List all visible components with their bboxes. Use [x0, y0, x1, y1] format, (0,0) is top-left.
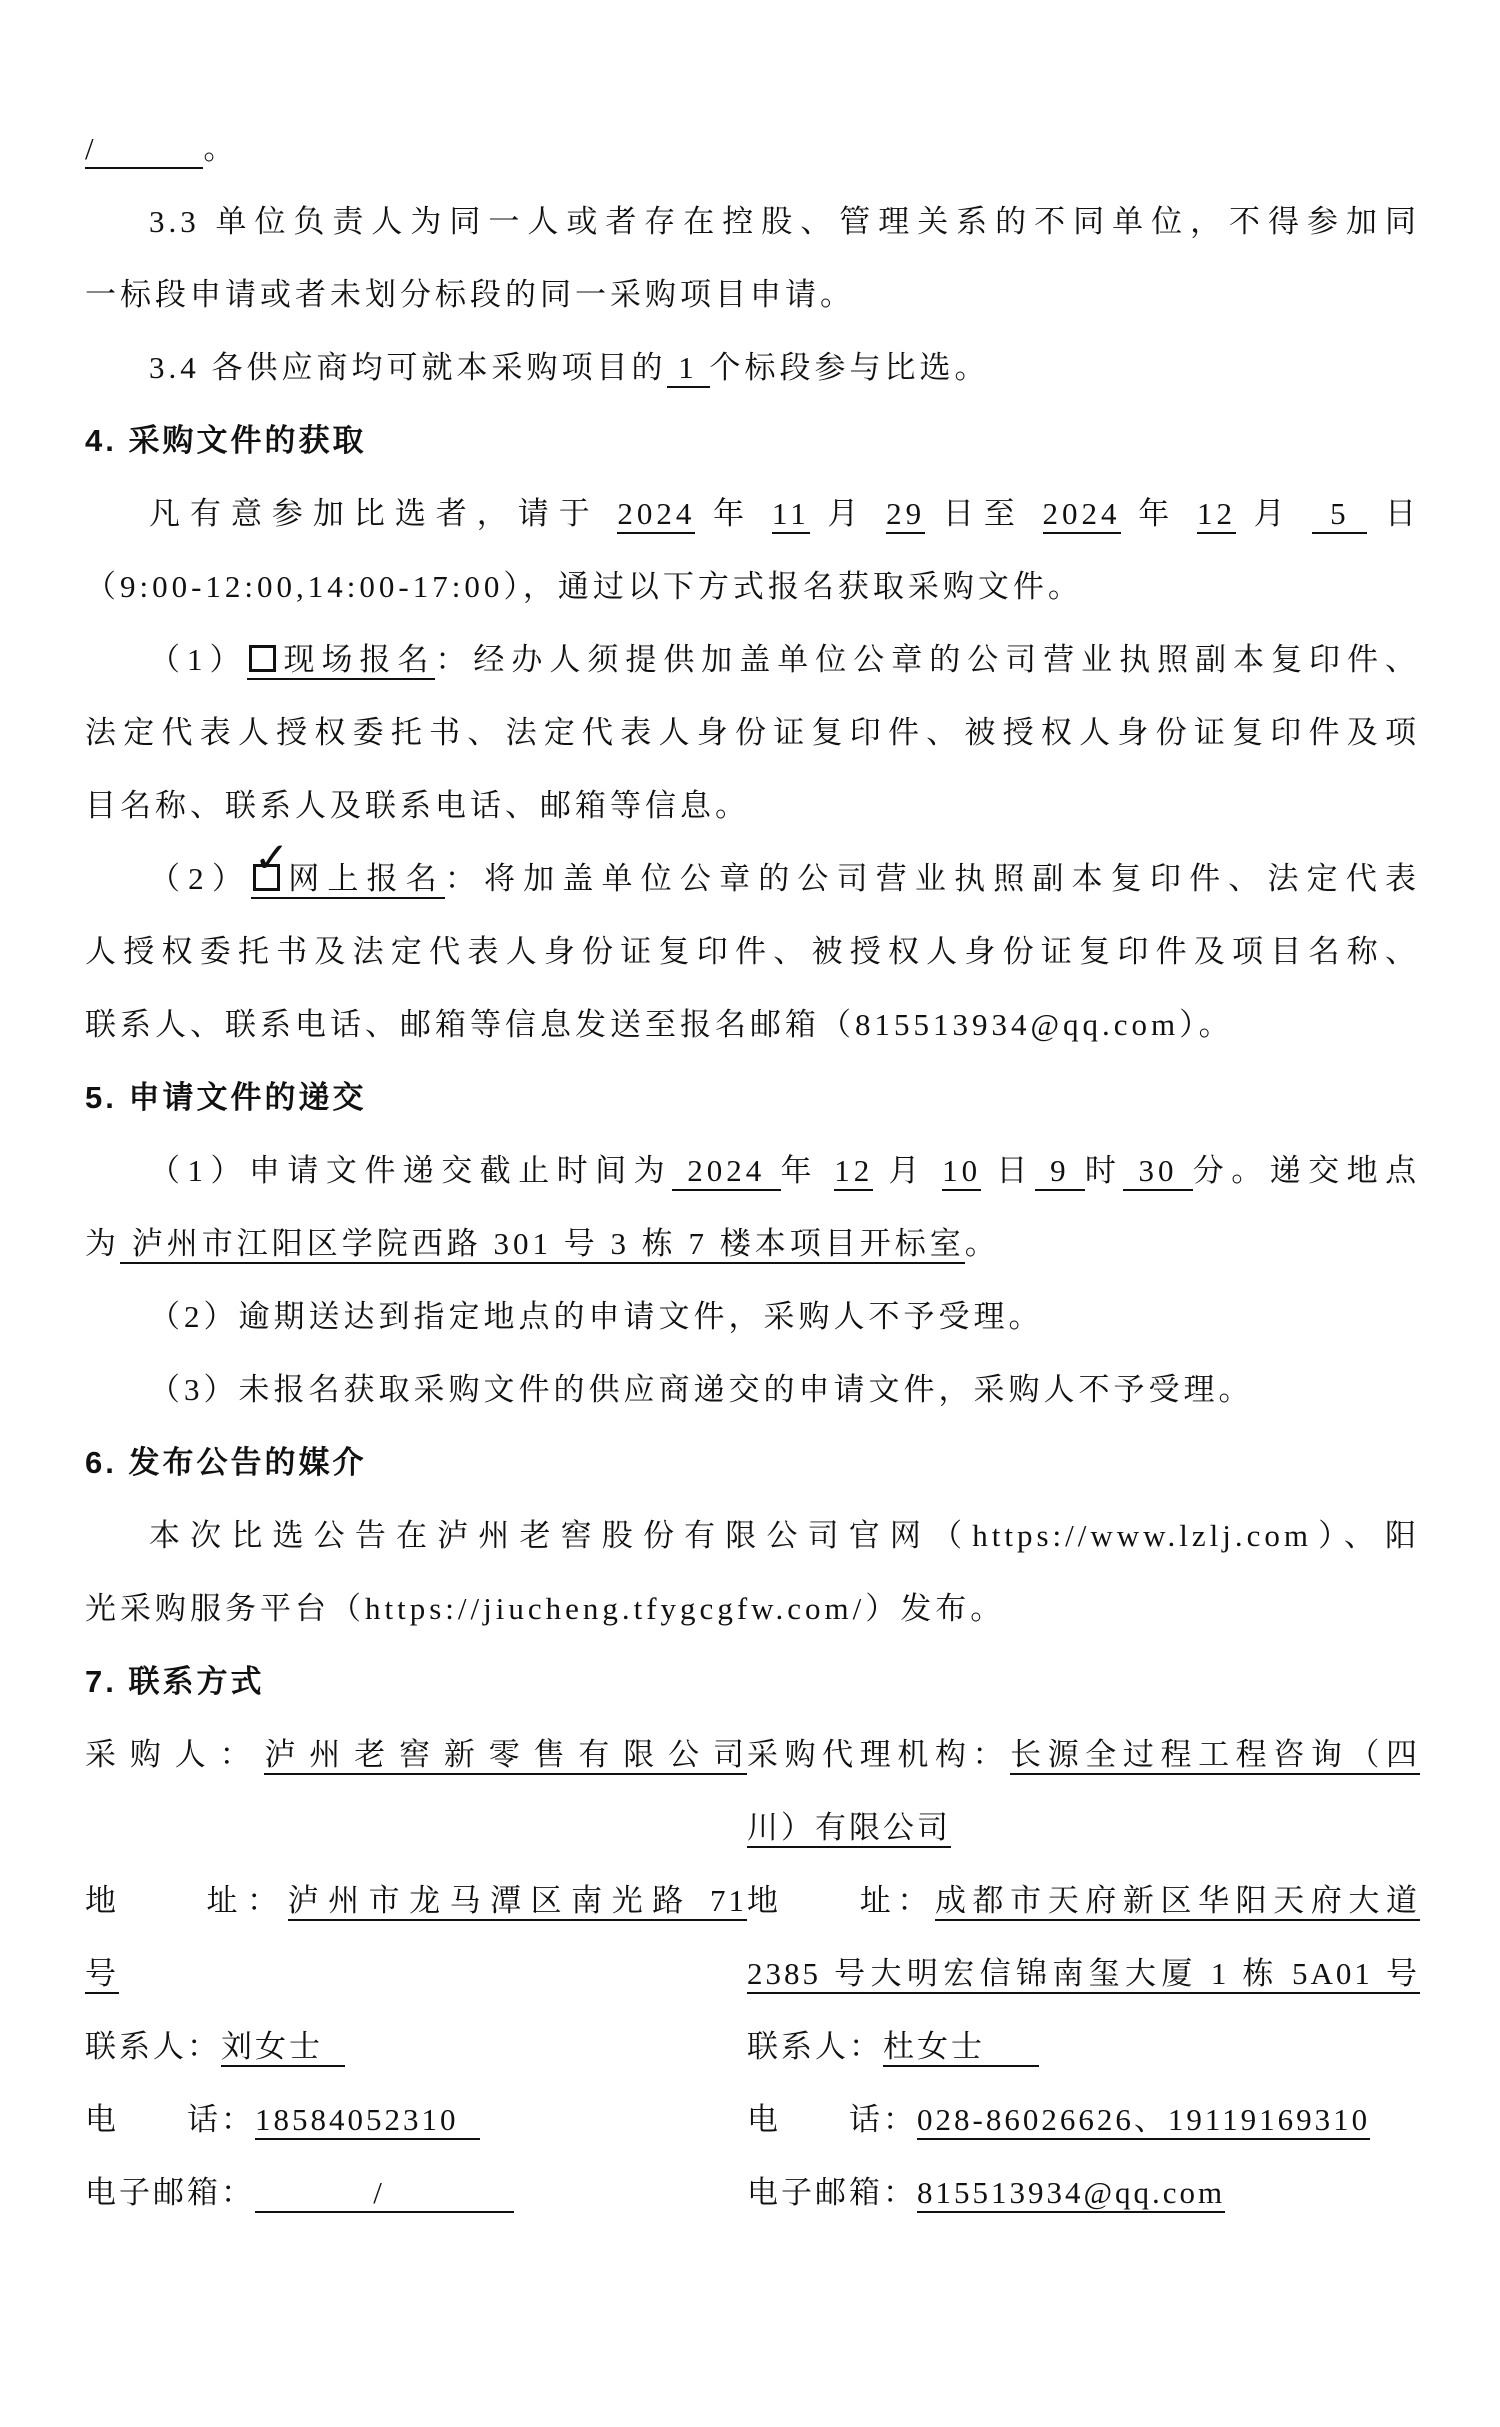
- text-segment: （9:00-12:00,14:00-17:00），通过以下方式报名获取采购文件。: [85, 569, 1083, 604]
- text-segment: （2）: [149, 861, 251, 896]
- text-segment: 3.4 各供应商均可就本采购项目的: [149, 350, 667, 385]
- sec6-para-line-1: 本次比选公告在泸州老窖股份有限公司官网（https://www.lzlj.com…: [85, 1499, 1420, 1572]
- agency-address-line-1: 地 址：成都市天府新区华阳天府大道: [747, 1864, 1420, 1937]
- agency-column: 采购代理机构：长源全过程工程咨询（四川）有限公司地 址：成都市天府新区华阳天府大…: [747, 1718, 1420, 2229]
- text-segment: ：将加盖单位公章的公司营业执照副本复印件、法定代表: [445, 861, 1420, 896]
- text-segment: 年: [781, 1153, 835, 1188]
- text-segment: 电子邮箱：: [747, 2175, 917, 2210]
- underlined-text-segment: 5: [1312, 496, 1367, 534]
- text-segment: 3.3 单位负责人为同一人或者存在控股、管理关系的不同单位，不得参加同: [149, 204, 1420, 239]
- text-segment: 月: [1236, 496, 1312, 531]
- purchaser-column: 采购人：泸州老窖新零售有限公司地 址：泸州市龙马潭区南光路 71号联系人：刘女士…: [85, 1718, 747, 2229]
- purchaser-contact-line: 联系人：刘女士: [85, 2010, 747, 2083]
- empty-checkbox-icon: [249, 645, 276, 672]
- underlined-text-segment: 网上报名: [284, 861, 445, 899]
- document-content: / 。3.3 单位负责人为同一人或者存在控股、管理关系的不同单位，不得参加同一标…: [85, 112, 1420, 2229]
- onsite-reg-line-3: 目名称、联系人及联系电话、邮箱等信息。: [85, 769, 1420, 842]
- text-segment: 联系人、联系电话、邮箱等信息发送至报名邮箱（815513934@qq.com）。: [85, 1007, 1234, 1042]
- text-segment: 电 话：: [747, 2102, 917, 2137]
- underlined-text-segment: 川）有限公司: [747, 1810, 951, 1848]
- text-segment: （3）未报名获取采购文件的供应商递交的申请文件，采购人不予受理。: [149, 1372, 1254, 1407]
- text-segment: 采购人：: [85, 1737, 264, 1772]
- purchaser-line: 采购人：泸州老窖新零售有限公司: [85, 1718, 747, 1791]
- text-segment: （2）逾期送达到指定地点的申请文件，采购人不予受理。: [149, 1299, 1044, 1334]
- underlined-text-segment: 杜女士: [883, 2029, 1039, 2067]
- agency-contact-line: 联系人：杜女士: [747, 2010, 1420, 2083]
- underlined-text-segment: 11: [772, 496, 810, 534]
- agency-phone-line: 电 话：028-86026626、19119169310: [747, 2083, 1420, 2156]
- agency-email-line: 电子邮箱：815513934@qq.com: [747, 2156, 1420, 2229]
- underlined-text-segment: 2024: [1043, 496, 1121, 534]
- text-segment: 日: [981, 1153, 1035, 1188]
- underlined-text-segment: 2024: [672, 1153, 780, 1191]
- text-segment: 联系人：: [85, 2029, 221, 2064]
- text-segment: 本次比选公告在泸州老窖股份有限公司官网（https://www.lzlj.com…: [149, 1518, 1420, 1553]
- sec4-para-line-1: 凡有意参加比选者，请于 2024 年 11 月 29 日至 2024 年 12 …: [85, 477, 1420, 550]
- contact-columns: 采购人：泸州老窖新零售有限公司地 址：泸州市龙马潭区南光路 71号联系人：刘女士…: [85, 1718, 1420, 2229]
- section-6-heading: 6. 发布公告的媒介: [85, 1426, 1420, 1499]
- purchaser-blank-line: [85, 1791, 747, 1864]
- underlined-text-segment: 泸州市龙马潭区南光路 71: [288, 1883, 747, 1921]
- agency-line-2: 川）有限公司: [747, 1791, 1420, 1864]
- text-segment: 人授权委托书及法定代表人身份证复印件、被授权人身份证复印件及项目名称、: [85, 934, 1420, 969]
- text-segment: 为: [85, 1226, 120, 1261]
- underlined-text-segment: 12: [834, 1153, 873, 1191]
- text-segment: 电 话：: [85, 2102, 255, 2137]
- text-segment: 地 址：: [747, 1883, 935, 1918]
- online-reg-line-3: 联系人、联系电话、邮箱等信息发送至报名邮箱（815513934@qq.com）。: [85, 988, 1420, 1061]
- purchaser-phone-line: 电 话：18584052310: [85, 2083, 747, 2156]
- text-segment: 法定代表人授权委托书、法定代表人身份证复印件、被授权人身份证复印件及项: [85, 715, 1420, 750]
- text-segment: 地 址：: [85, 1883, 288, 1918]
- text-segment: 月: [873, 1153, 942, 1188]
- text-segment: 4. 采购文件的获取: [85, 423, 366, 458]
- text-segment: 联系人：: [747, 2029, 883, 2064]
- text-segment: 时: [1085, 1153, 1123, 1188]
- underlined-text-segment: 泸州老窖新零售有限公司: [264, 1737, 747, 1775]
- underlined-text-segment: 10: [942, 1153, 981, 1191]
- online-reg-line-1: （2）网上报名：将加盖单位公章的公司营业执照副本复印件、法定代表: [85, 842, 1420, 915]
- text-segment: 年: [1121, 496, 1197, 531]
- text-segment: 月: [810, 496, 886, 531]
- text-segment: 电子邮箱：: [85, 2175, 255, 2210]
- text-segment: （1）申请文件递交截止时间为: [149, 1153, 672, 1188]
- clause-3-3-line-2: 一标段申请或者未划分标段的同一采购项目申请。: [85, 258, 1420, 331]
- text-segment: 分。递交地点: [1193, 1153, 1420, 1188]
- text-segment: 凡有意参加比选者，请于: [149, 496, 617, 531]
- text-segment: 。: [203, 131, 238, 166]
- carryover-line: / 。: [85, 112, 1420, 185]
- text-segment: 日至: [925, 496, 1042, 531]
- text-segment: 7. 联系方式: [85, 1664, 264, 1699]
- text-segment: ：经办人须提供加盖单位公章的公司营业执照副本复印件、: [435, 642, 1420, 677]
- underlined-text-segment: /: [255, 2175, 514, 2213]
- underlined-text-segment: 号: [85, 1956, 119, 1994]
- agency-address-line-2: 2385 号大明宏信锦南玺大厦 1 栋 5A01 号: [747, 1937, 1420, 2010]
- section-4-heading: 4. 采购文件的获取: [85, 404, 1420, 477]
- document-page: / 。3.3 单位负责人为同一人或者存在控股、管理关系的不同单位，不得参加同一标…: [0, 0, 1500, 2427]
- text-segment: 年: [695, 496, 771, 531]
- underlined-text-segment: 长源全过程工程咨询（四: [1010, 1737, 1420, 1775]
- text-segment: 目名称、联系人及联系电话、邮箱等信息。: [85, 788, 750, 823]
- underlined-text-segment: 29: [886, 496, 925, 534]
- sec5-item3-line: （3）未报名获取采购文件的供应商递交的申请文件，采购人不予受理。: [85, 1353, 1420, 1426]
- sec4-para-line-2: （9:00-12:00,14:00-17:00），通过以下方式报名获取采购文件。: [85, 550, 1420, 623]
- onsite-reg-line-2: 法定代表人授权委托书、法定代表人身份证复印件、被授权人身份证复印件及项: [85, 696, 1420, 769]
- section-7-heading: 7. 联系方式: [85, 1645, 1420, 1718]
- text-segment: 光采购服务平台（https://jiucheng.tfygcgfw.com/）发…: [85, 1591, 1005, 1626]
- underlined-text-segment: 2385 号大明宏信锦南玺大厦 1 栋 5A01 号: [747, 1956, 1420, 1994]
- agency-line-1: 采购代理机构：长源全过程工程咨询（四: [747, 1718, 1420, 1791]
- onsite-reg-line-1: （1）现场报名：经办人须提供加盖单位公章的公司营业执照副本复印件、: [85, 623, 1420, 696]
- purchaser-address-line-2: 号: [85, 1937, 747, 2010]
- text-segment: 6. 发布公告的媒介: [85, 1445, 366, 1480]
- online-reg-line-2: 人授权委托书及法定代表人身份证复印件、被授权人身份证复印件及项目名称、: [85, 915, 1420, 988]
- underlined-text-segment: 30: [1123, 1153, 1192, 1191]
- text-segment: 一标段申请或者未划分标段的同一采购项目申请。: [85, 277, 855, 312]
- underlined-text-segment: 成都市天府新区华阳天府大道: [935, 1883, 1420, 1921]
- sec5-item2-line: （2）逾期送达到指定地点的申请文件，采购人不予受理。: [85, 1280, 1420, 1353]
- checkbox-wrap: [247, 642, 280, 680]
- clause-3-4-line: 3.4 各供应商均可就本采购项目的 1 个标段参与比选。: [85, 331, 1420, 404]
- underlined-text-segment: 18584052310: [255, 2102, 480, 2140]
- underlined-text-segment: 现场报名: [280, 642, 435, 680]
- text-segment: 采购代理机构：: [747, 1737, 1010, 1772]
- text-segment: 5. 申请文件的递交: [85, 1080, 366, 1115]
- clause-3-3-line-1: 3.3 单位负责人为同一人或者存在控股、管理关系的不同单位，不得参加同: [85, 185, 1420, 258]
- text-segment: （1）: [149, 642, 247, 677]
- text-segment: 日: [1367, 496, 1420, 531]
- purchaser-address-line-1: 地 址：泸州市龙马潭区南光路 71: [85, 1864, 747, 1937]
- underlined-text-segment: 9: [1035, 1153, 1085, 1191]
- checkbox-wrap: [251, 861, 284, 899]
- sec5-item1-line-1: （1）申请文件递交截止时间为 2024 年 12 月 10 日 9 时 30 分…: [85, 1134, 1420, 1207]
- underlined-text-segment: 泸州市江阳区学院西路 301 号 3 栋 7 楼本项目开标室: [120, 1226, 965, 1264]
- sec6-para-line-2: 光采购服务平台（https://jiucheng.tfygcgfw.com/）发…: [85, 1572, 1420, 1645]
- underlined-text-segment: 028-86026626、19119169310: [917, 2102, 1370, 2140]
- underlined-text-segment: 12: [1197, 496, 1236, 534]
- underlined-text-segment: 2024: [617, 496, 695, 534]
- underlined-text-segment: 1: [667, 350, 710, 388]
- section-5-heading: 5. 申请文件的递交: [85, 1061, 1420, 1134]
- checked-checkbox-icon: [253, 864, 280, 891]
- text-segment: 个标段参与比选。: [710, 350, 990, 385]
- sec5-item1-line-2: 为 泸州市江阳区学院西路 301 号 3 栋 7 楼本项目开标室。: [85, 1207, 1420, 1280]
- underlined-text-segment: 刘女士: [221, 2029, 345, 2067]
- underlined-text-segment: /: [85, 131, 203, 169]
- text-segment: 。: [965, 1226, 1000, 1261]
- purchaser-email-line: 电子邮箱： /: [85, 2156, 747, 2229]
- underlined-text-segment: 815513934@qq.com: [917, 2175, 1225, 2213]
